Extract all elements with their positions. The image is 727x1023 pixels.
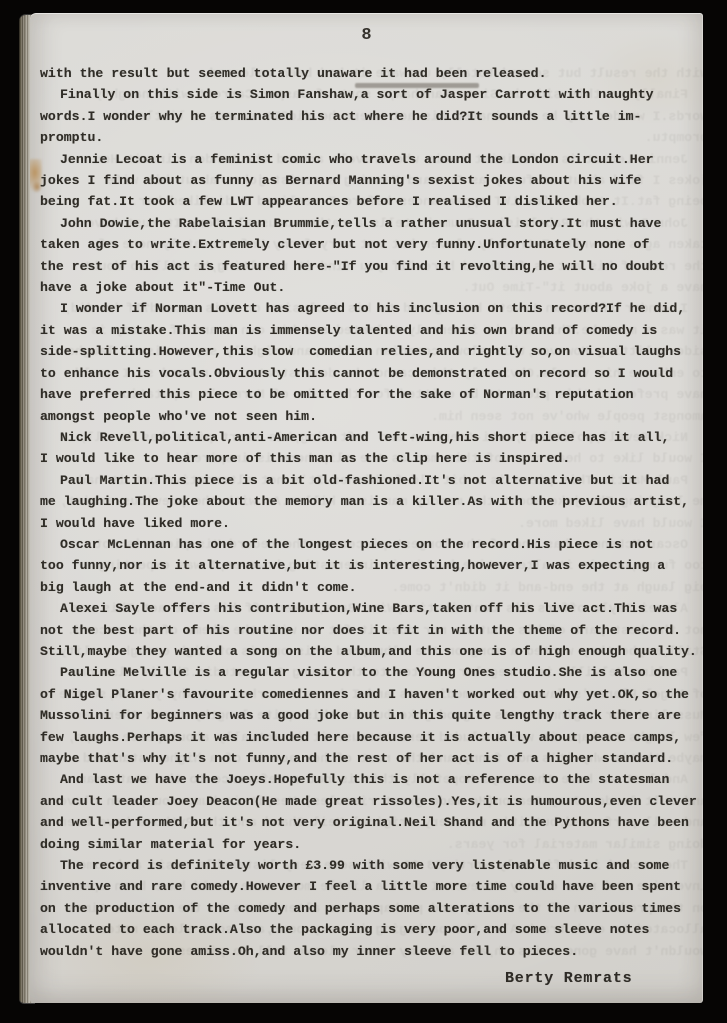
scan-background: with the result but seemed totally unawa… [0, 0, 727, 1023]
article-body: with the result but seemed totally unawa… [40, 63, 703, 962]
paragraph: with the result but seemed totally unawa… [40, 63, 703, 84]
paragraph: Oscar McLennan has one of the longest pi… [40, 534, 703, 598]
paragraph: I wonder if Norman Lovett has agreed to … [40, 298, 703, 426]
paragraph: And last we have the Joeys.Hopefully thi… [40, 769, 703, 855]
paper-page: with the result but seemed totally unawa… [30, 13, 703, 1003]
paragraph: Alexei Sayle offers his contribution,Win… [40, 598, 703, 662]
paragraph: John Dowie,the Rabelaisian Brummie,tells… [40, 213, 703, 299]
paragraph: Nick Revell,political,anti-American and … [40, 427, 703, 470]
page-number: 8 [30, 26, 703, 45]
signature: Berty Remrats [505, 970, 632, 987]
paragraph: Finally on this side is Simon Fanshaw,a … [40, 84, 703, 148]
paragraph: Pauline Melville is a regular visitor to… [40, 662, 703, 769]
paragraph: Paul Martin.This piece is a bit old-fash… [40, 470, 703, 534]
paragraph: Jennie Lecoat is a feminist comic who tr… [40, 149, 703, 213]
paragraph: The record is definitely worth £3.99 wit… [40, 855, 703, 962]
